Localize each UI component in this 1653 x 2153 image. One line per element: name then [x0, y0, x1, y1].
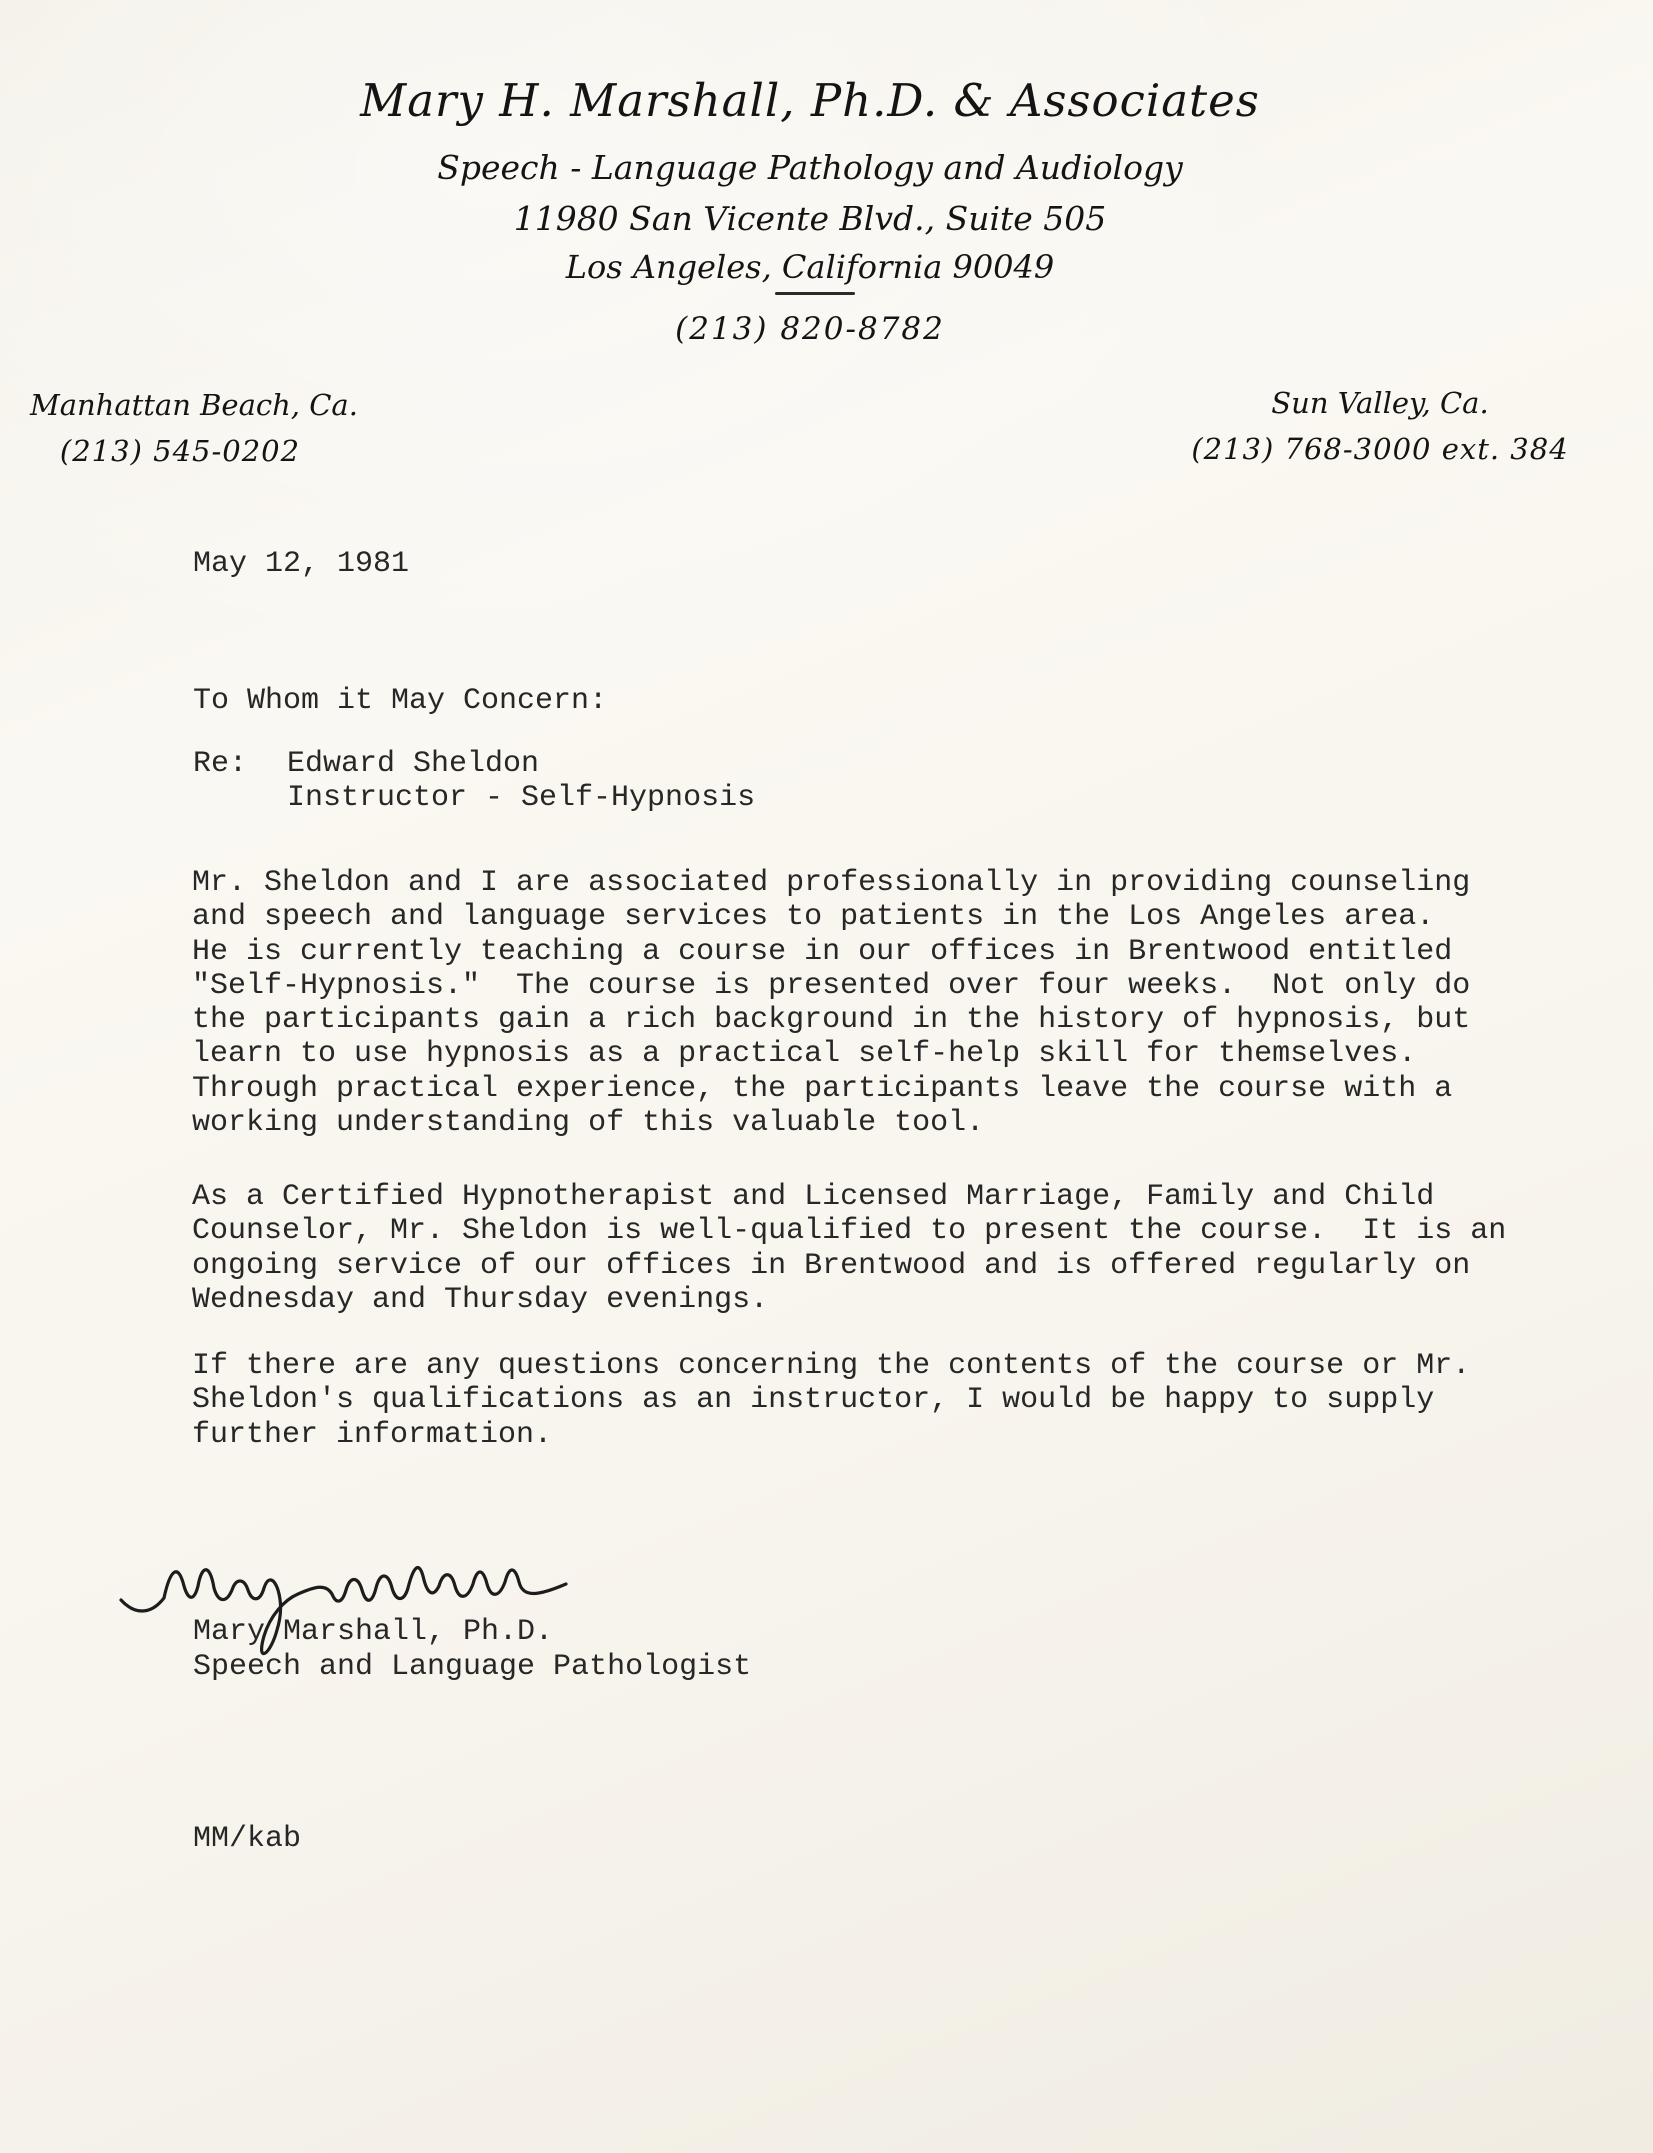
letterhead-divider-rule — [775, 292, 855, 295]
letterhead-name: Mary H. Marshall, Ph.D. & Associates — [0, 74, 1620, 127]
office-right-phone: (213) 768-3000 ext. 384 — [1180, 426, 1580, 472]
office-right-city: Sun Valley, Ca. — [1180, 380, 1580, 426]
letterhead-tagline: Speech - Language Pathology and Audiolog… — [0, 148, 1620, 187]
office-left-phone: (213) 545-0202 — [30, 428, 330, 474]
letter-re-subject: Edward Sheldon Instructor - Self-Hypnosi… — [287, 747, 755, 816]
letter-re-block: Re: Edward Sheldon Instructor - Self-Hyp… — [193, 747, 755, 816]
office-left-city: Manhattan Beach, Ca. — [30, 382, 330, 428]
signature-typed-title: Speech and Language Pathologist — [193, 1650, 751, 1684]
letter-re-label: Re: — [193, 747, 287, 816]
letter-paragraph-1: Mr. Sheldon and I are associated profess… — [192, 866, 1562, 1140]
letter-paragraph-2: As a Certified Hypnotherapist and Licens… — [192, 1180, 1562, 1317]
letter-date: May 12, 1981 — [193, 547, 409, 581]
letterhead-phone: (213) 820-8782 — [0, 311, 1620, 347]
scanned-letter-page: Mary H. Marshall, Ph.D. & Associates Spe… — [0, 0, 1653, 2153]
letterhead-address-city: Los Angeles, California 90049 — [0, 248, 1620, 286]
letter-salutation: To Whom it May Concern: — [193, 684, 607, 718]
signature-typed-name: Mary Marshall, Ph.D. — [193, 1615, 553, 1649]
office-block-manhattan-beach: Manhattan Beach, Ca. (213) 545-0202 — [30, 382, 330, 474]
reference-initials: MM/kab — [193, 1822, 301, 1856]
letterhead-address-street: 11980 San Vicente Blvd., Suite 505 — [0, 199, 1620, 238]
letter-paragraph-3: If there are any questions concerning th… — [192, 1349, 1562, 1452]
office-block-sun-valley: Sun Valley, Ca. (213) 768-3000 ext. 384 — [1180, 380, 1580, 472]
